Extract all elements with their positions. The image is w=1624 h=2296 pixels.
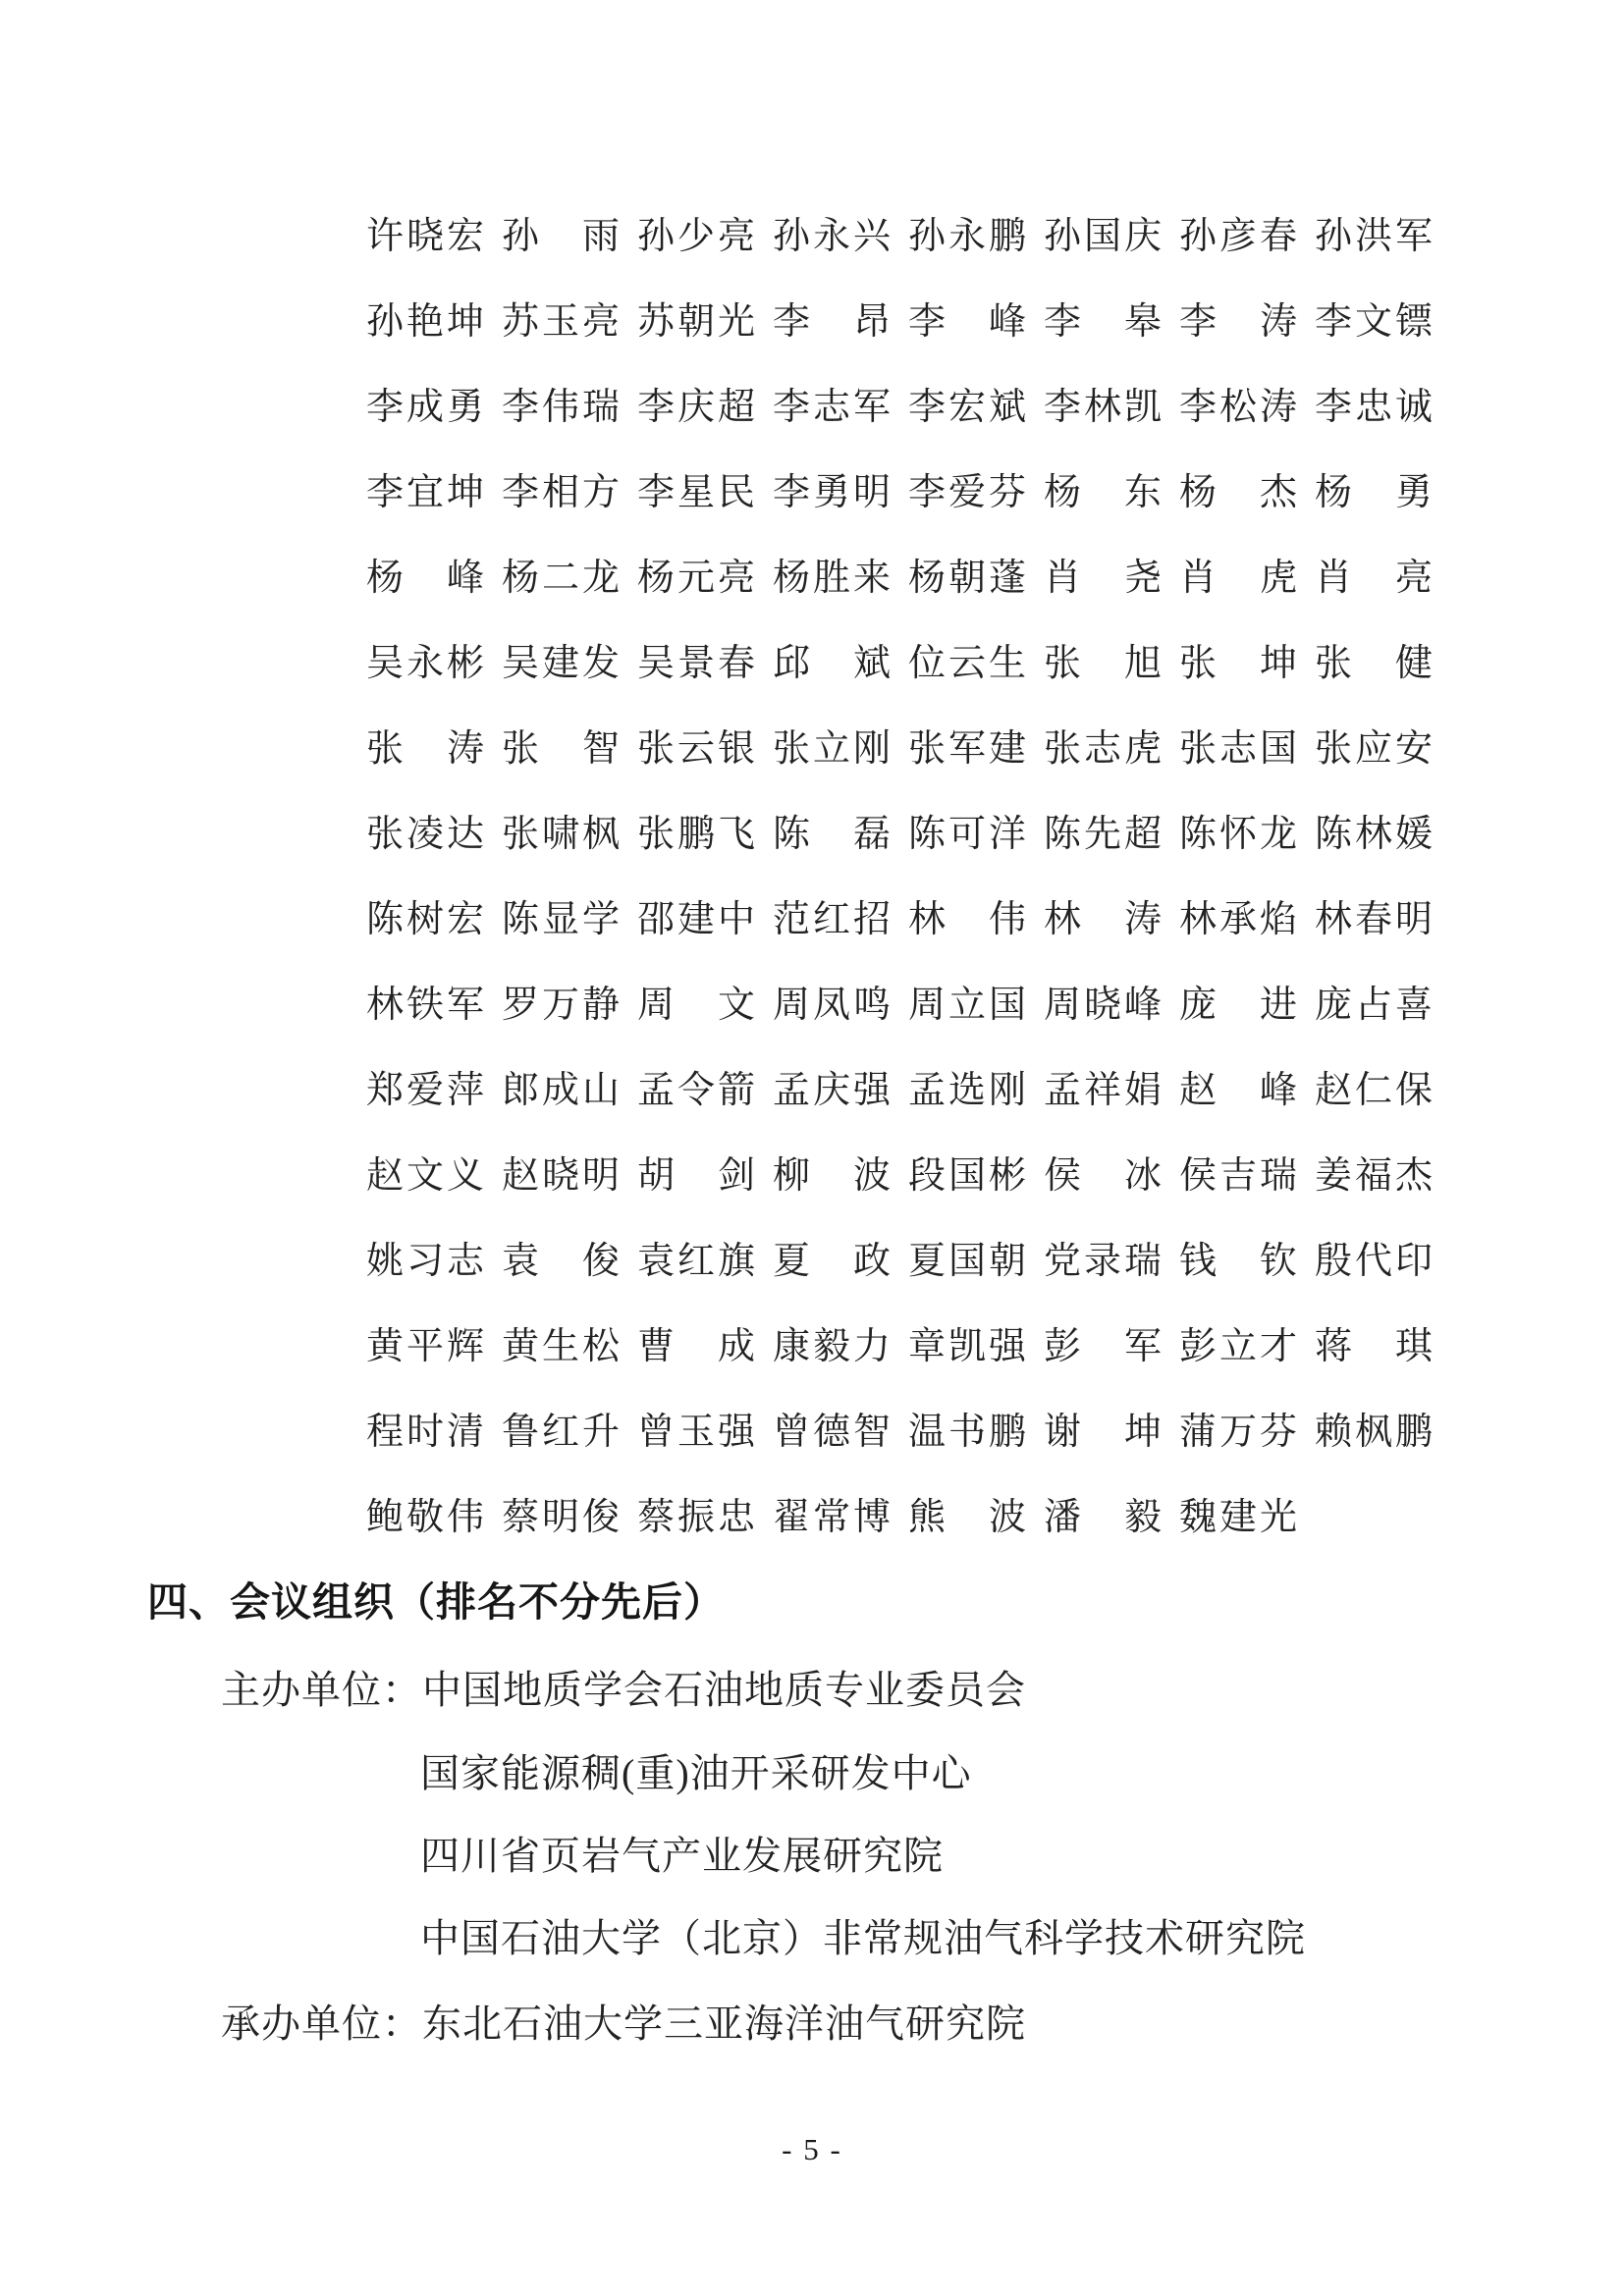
attendee-name: 孙雨 — [502, 215, 620, 258]
attendee-name: 鲁红升 — [502, 1411, 620, 1454]
page-number: - 5 - — [0, 2132, 1624, 2167]
attendee-name: 孟祥娟 — [1044, 1069, 1162, 1112]
attendee-name: 张鹏飞 — [637, 813, 755, 856]
attendee-name: 段国彬 — [908, 1154, 1026, 1198]
attendee-name: 张云银 — [637, 727, 755, 771]
attendee-name: 肖尧 — [1044, 557, 1162, 600]
attendee-name: 陈树宏 — [366, 898, 484, 941]
attendee-name: 林伟 — [908, 898, 1026, 941]
attendee-name: 杨元亮 — [637, 557, 755, 600]
attendee-name: 林铁军 — [366, 984, 484, 1027]
attendee-name: 李文镖 — [1315, 300, 1433, 344]
attendee-name: 章凯强 — [908, 1325, 1026, 1368]
attendee-name: 赵文义 — [366, 1154, 484, 1198]
attendee-name: 蔡振忠 — [637, 1496, 755, 1539]
organizer-unit-line: 承办单位：东北石油大学三亚海洋油气研究院 — [221, 2001, 1026, 2048]
attendee-name-grid: 许晓宏孙雨孙少亮孙永兴孙永鹏孙国庆孙彦春孙洪军孙艳坤苏玉亮苏朝光李昂李峰李皋李涛… — [366, 193, 1433, 1560]
attendee-name: 杨东 — [1044, 471, 1162, 514]
attendee-name: 夏国朝 — [908, 1240, 1026, 1283]
attendee-name: 邵建中 — [637, 898, 755, 941]
attendee-name: 孙彦春 — [1179, 215, 1297, 258]
attendee-name: 吴景春 — [637, 642, 755, 685]
attendee-name: 周晓峰 — [1044, 984, 1162, 1027]
attendee-name: 张凌达 — [366, 813, 484, 856]
attendee-name: 苏玉亮 — [502, 300, 620, 344]
attendee-name: 蔡明俊 — [502, 1496, 620, 1539]
attendee-name: 吴永彬 — [366, 642, 484, 685]
attendee-name: 陈先超 — [1044, 813, 1162, 856]
host-unit-item: 中国地质学会石油地质专业委员会 — [422, 1668, 1026, 1712]
attendee-name: 李忠诚 — [1315, 386, 1433, 429]
attendee-name: 孟庆强 — [773, 1069, 891, 1112]
attendee-name: 张立刚 — [773, 727, 891, 771]
attendee-name: 姚习志 — [366, 1240, 484, 1283]
attendee-name: 彭立才 — [1179, 1325, 1297, 1368]
attendee-name: 肖亮 — [1315, 557, 1433, 600]
attendee-name: 张涛 — [366, 727, 484, 771]
attendee-name: 林承焰 — [1179, 898, 1297, 941]
attendee-name: 温书鹏 — [908, 1411, 1026, 1454]
attendee-name: 周文 — [637, 984, 755, 1027]
attendee-name: 赵仁保 — [1315, 1069, 1433, 1112]
attendee-name: 柳波 — [773, 1154, 891, 1198]
organizer-unit-label: 承办单位： — [221, 2002, 422, 2046]
attendee-name: 李爱芬 — [908, 471, 1026, 514]
attendee-name: 魏建光 — [1179, 1496, 1297, 1539]
attendee-name: 李伟瑞 — [502, 386, 620, 429]
attendee-name: 苏朝光 — [637, 300, 755, 344]
attendee-name: 张应安 — [1315, 727, 1433, 771]
attendee-name: 杨二龙 — [502, 557, 620, 600]
attendee-name: 袁俊 — [502, 1240, 620, 1283]
attendee-name: 谢坤 — [1044, 1411, 1162, 1454]
attendee-name: 潘毅 — [1044, 1496, 1162, 1539]
attendee-name: 曾德智 — [773, 1411, 891, 1454]
attendee-name: 杨朝蓬 — [908, 557, 1026, 600]
attendee-name: 孙永鹏 — [908, 215, 1026, 258]
attendee-name: 侯吉瑞 — [1179, 1154, 1297, 1198]
attendee-name: 孟令箭 — [637, 1069, 755, 1112]
attendee-name: 张健 — [1315, 642, 1433, 685]
section-heading: 四、会议组织（排名不分先后） — [147, 1577, 725, 1627]
attendee-name: 赖枫鹏 — [1315, 1411, 1433, 1454]
attendee-name: 陈显学 — [502, 898, 620, 941]
attendee-name: 李宏斌 — [908, 386, 1026, 429]
attendee-name: 赵晓明 — [502, 1154, 620, 1198]
attendee-name: 杨胜来 — [773, 557, 891, 600]
attendee-name: 黄生松 — [502, 1325, 620, 1368]
host-unit-item: 四川省页岩气产业发展研究院 — [420, 1833, 944, 1880]
attendee-name: 罗万静 — [502, 984, 620, 1027]
attendee-name: 李勇明 — [773, 471, 891, 514]
attendee-name: 陈怀龙 — [1179, 813, 1297, 856]
attendee-name: 张坤 — [1179, 642, 1297, 685]
attendee-name: 张军建 — [908, 727, 1026, 771]
attendee-name: 张志虎 — [1044, 727, 1162, 771]
attendee-name: 程时清 — [366, 1411, 484, 1454]
attendee-name: 张智 — [502, 727, 620, 771]
attendee-name: 钱钦 — [1179, 1240, 1297, 1283]
attendee-name: 肖虎 — [1179, 557, 1297, 600]
attendee-name: 庞进 — [1179, 984, 1297, 1027]
attendee-name: 范红招 — [773, 898, 891, 941]
attendee-name: 张旭 — [1044, 642, 1162, 685]
attendee-name: 姜福杰 — [1315, 1154, 1433, 1198]
attendee-name: 李成勇 — [366, 386, 484, 429]
attendee-name: 康毅力 — [773, 1325, 891, 1368]
attendee-name: 陈林媛 — [1315, 813, 1433, 856]
attendee-name: 彭军 — [1044, 1325, 1162, 1368]
host-unit-item: 中国石油大学（北京）非常规油气科学技术研究院 — [420, 1915, 1306, 1962]
attendee-name: 张啸枫 — [502, 813, 620, 856]
attendee-name: 李涛 — [1179, 300, 1297, 344]
attendee-name: 黄平辉 — [366, 1325, 484, 1368]
attendee-name: 侯冰 — [1044, 1154, 1162, 1198]
attendee-name: 李昂 — [773, 300, 891, 344]
attendee-name: 孟选刚 — [908, 1069, 1026, 1112]
attendee-name: 李林凯 — [1044, 386, 1162, 429]
document-page: 许晓宏孙雨孙少亮孙永兴孙永鹏孙国庆孙彦春孙洪军孙艳坤苏玉亮苏朝光李昂李峰李皋李涛… — [0, 0, 1624, 2296]
attendee-name: 孙少亮 — [637, 215, 755, 258]
attendee-name: 李庆超 — [637, 386, 755, 429]
attendee-name: 曹成 — [637, 1325, 755, 1368]
attendee-name: 党录瑞 — [1044, 1240, 1162, 1283]
host-unit-line: 主办单位：中国地质学会石油地质专业委员会 — [221, 1667, 1026, 1714]
attendee-name: 郎成山 — [502, 1069, 620, 1112]
attendee-name: 孙国庆 — [1044, 215, 1162, 258]
attendee-name: 赵峰 — [1179, 1069, 1297, 1112]
attendee-name: 孙洪军 — [1315, 215, 1433, 258]
host-unit-item: 国家能源稠(重)油开采研发中心 — [420, 1750, 972, 1797]
attendee-name: 张志国 — [1179, 727, 1297, 771]
attendee-name: 夏政 — [773, 1240, 891, 1283]
attendee-name: 蒲万芬 — [1179, 1411, 1297, 1454]
attendee-name: 翟常博 — [773, 1496, 891, 1539]
attendee-name: 殷代印 — [1315, 1240, 1433, 1283]
attendee-name: 李相方 — [502, 471, 620, 514]
attendee-name: 周立国 — [908, 984, 1026, 1027]
attendee-name: 吴建发 — [502, 642, 620, 685]
attendee-name: 袁红旗 — [637, 1240, 755, 1283]
attendee-name: 李志军 — [773, 386, 891, 429]
attendee-name: 位云生 — [908, 642, 1026, 685]
attendee-name: 李宜坤 — [366, 471, 484, 514]
organizer-unit-item: 东北石油大学三亚海洋油气研究院 — [422, 2002, 1026, 2046]
attendee-name: 庞占喜 — [1315, 984, 1433, 1027]
attendee-name: 杨勇 — [1315, 471, 1433, 514]
attendee-name: 陈磊 — [773, 813, 891, 856]
attendee-name: 蒋琪 — [1315, 1325, 1433, 1368]
attendee-name: 邱斌 — [773, 642, 891, 685]
attendee-name: 李皋 — [1044, 300, 1162, 344]
attendee-name: 鲍敬伟 — [366, 1496, 484, 1539]
attendee-name: 杨杰 — [1179, 471, 1297, 514]
attendee-name: 周凤鸣 — [773, 984, 891, 1027]
attendee-name: 杨峰 — [366, 557, 484, 600]
attendee-name: 李松涛 — [1179, 386, 1297, 429]
attendee-name: 胡剑 — [637, 1154, 755, 1198]
host-unit-label: 主办单位： — [221, 1668, 422, 1712]
attendee-name: 陈可洋 — [908, 813, 1026, 856]
attendee-name: 孙艳坤 — [366, 300, 484, 344]
attendee-name: 熊波 — [908, 1496, 1026, 1539]
attendee-name: 林涛 — [1044, 898, 1162, 941]
attendee-name: 曾玉强 — [637, 1411, 755, 1454]
attendee-name: 李星民 — [637, 471, 755, 514]
attendee-name: 郑爱萍 — [366, 1069, 484, 1112]
attendee-name: 林春明 — [1315, 898, 1433, 941]
attendee-name: 许晓宏 — [366, 215, 484, 258]
attendee-name: 李峰 — [908, 300, 1026, 344]
attendee-name: 孙永兴 — [773, 215, 891, 258]
